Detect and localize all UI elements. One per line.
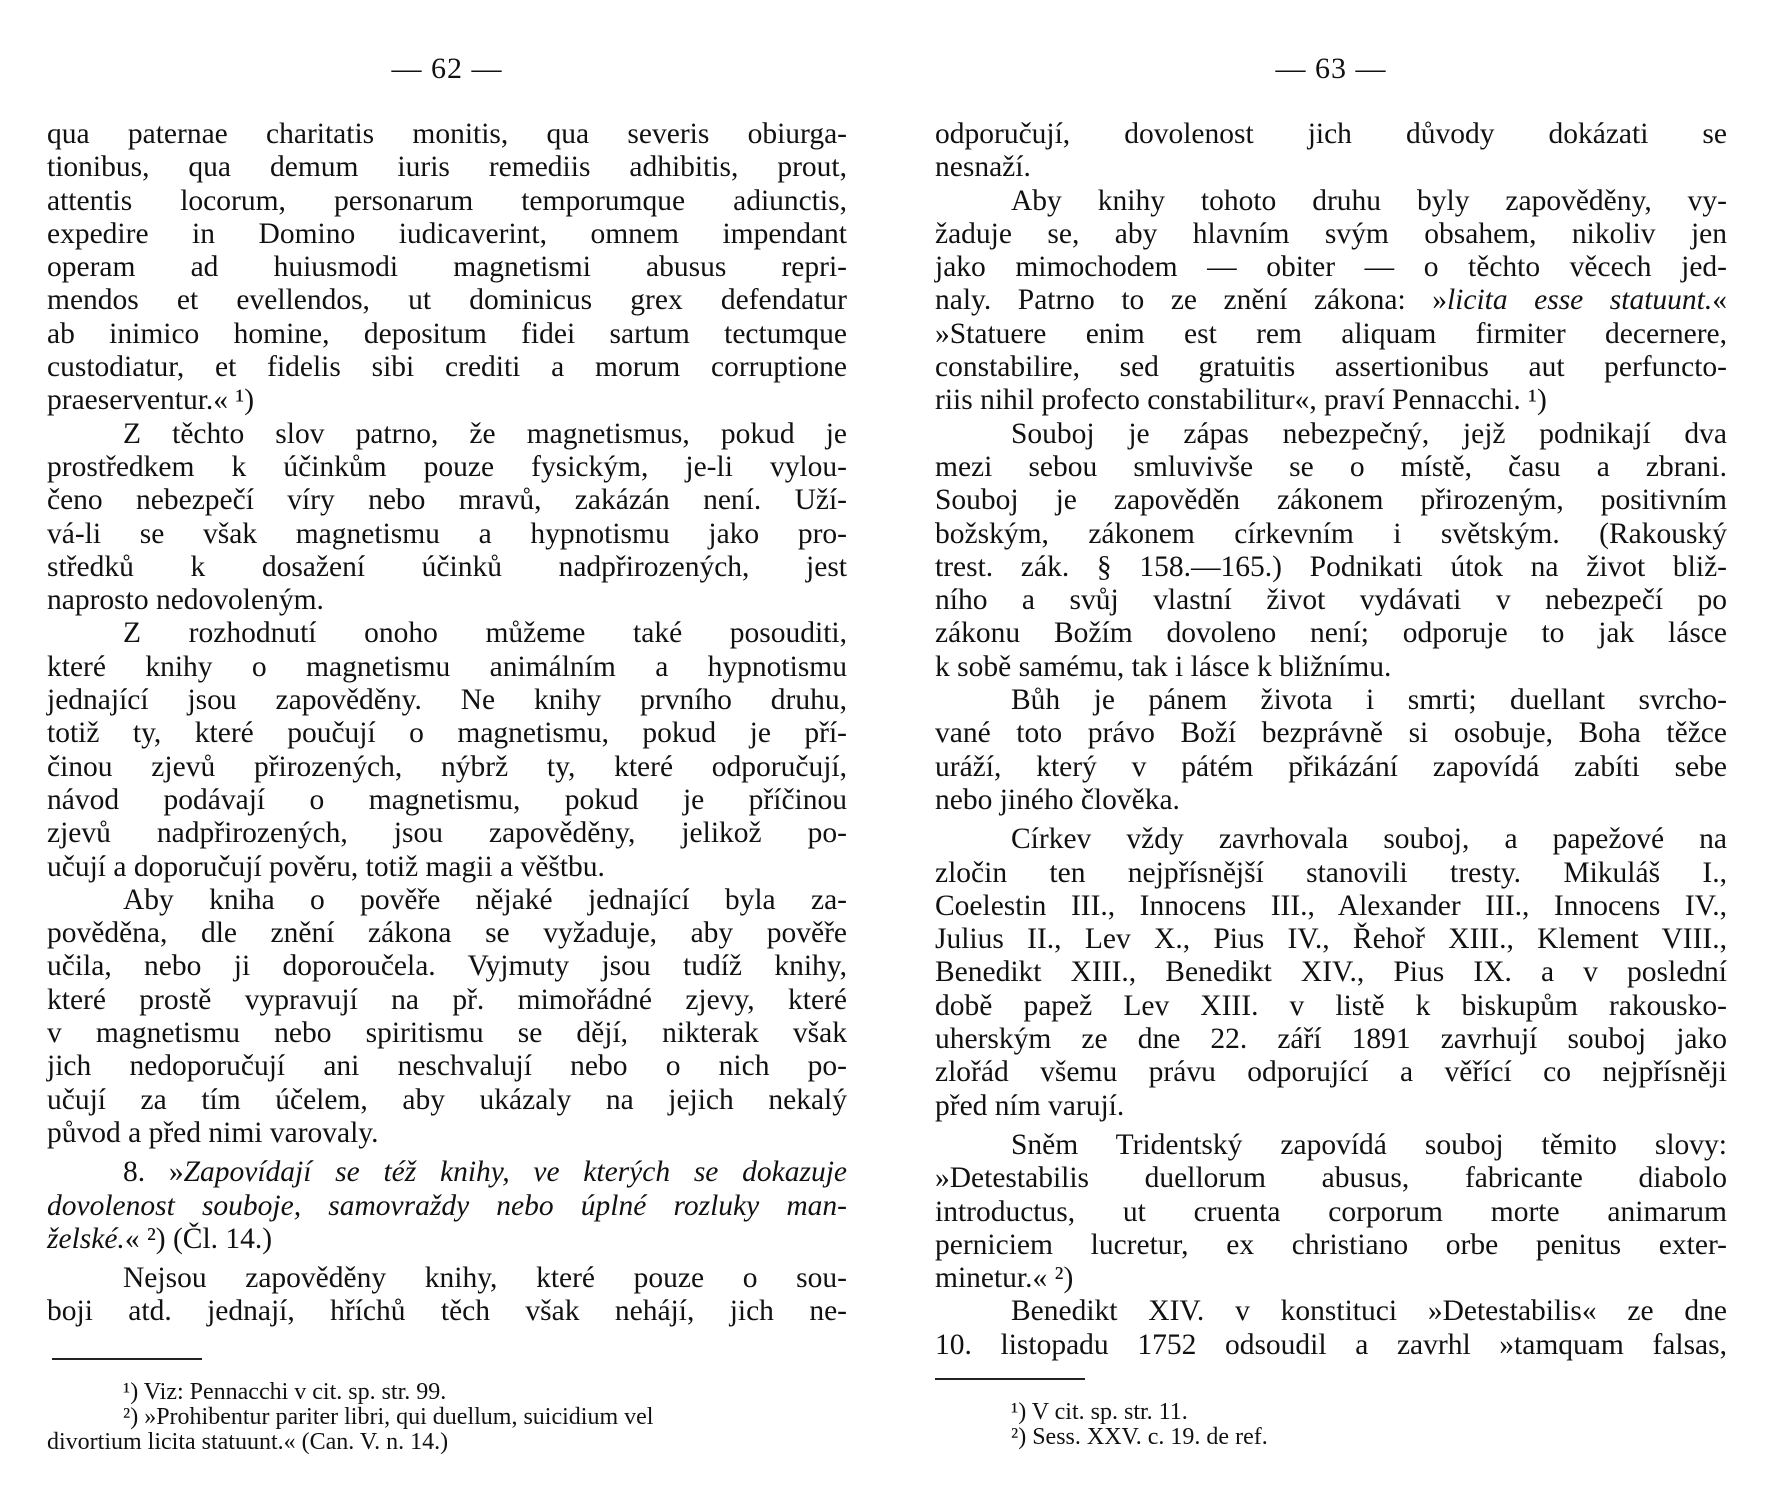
- text-line: zjevů nadpřirozených, jsou zapověděny, j…: [47, 817, 847, 850]
- text-line: původ a před nimi varovaly.: [47, 1117, 847, 1150]
- text-line: qua paternae charitatis monitis, qua sev…: [47, 118, 847, 151]
- text-line: v magnetismu nebo spiritismu se dějí, ni…: [47, 1017, 847, 1050]
- text-span: naly. Patrno to ze znění zákona: »: [935, 284, 1447, 316]
- text-line: vá-li se však magnetismu a hypnotismu ja…: [47, 518, 847, 551]
- section-8: 8. »Zapovídají se též knihy, ve kterých …: [47, 1156, 847, 1256]
- text-line: mendos et evellendos, ut dominicus grex …: [47, 284, 847, 317]
- footnote-line: ¹) V cit. sp. str. 11.: [935, 1400, 1727, 1425]
- text-span: « ²) (Čl. 14.): [125, 1223, 272, 1255]
- paragraph-lines: »Statuere enim est rem aliquam firmiter …: [935, 318, 1727, 1362]
- text-line: čeno nebezpečí víry nebo mravů, zakázán …: [47, 484, 847, 517]
- footnote-line: ²) Sess. XXV. c. 19. de ref.: [935, 1425, 1727, 1450]
- italic-quote: dovolenost souboje, samovraždy nebo úpln…: [47, 1190, 847, 1222]
- footnote-line: divortium licita statuunt.« (Can. V. n. …: [47, 1430, 847, 1455]
- page-body: odporučují, dovolenost jich důvody dokáz…: [935, 118, 1727, 1362]
- text-line: Z těchto slov patrno, že magnetismus, po…: [47, 418, 847, 451]
- text-line: Z rozhodnutí onoho můžeme také posouditi…: [47, 617, 847, 650]
- italic-quote: Zapovídají se též knihy, ve kterých se d…: [184, 1156, 847, 1188]
- text-line: Církev vždy zavrhovala souboj, a papežov…: [935, 823, 1727, 856]
- text-line: operam ad huiusmodi magnetismi abusus re…: [47, 251, 847, 284]
- text-line: attentis locorum, personarum temporumque…: [47, 185, 847, 218]
- text-line: k sobě samému, tak i lásce k bližnímu.: [935, 651, 1727, 684]
- text-line: odporučují, dovolenost jich důvody dokáz…: [935, 118, 1727, 151]
- text-line: návod podávají o magnetismu, pokud je př…: [47, 784, 847, 817]
- italic-quote: licita esse statuunt.: [1447, 284, 1712, 316]
- footnote-divider: [935, 1378, 1085, 1380]
- text-line: Coelestin III., Innocens III., Alexander…: [935, 890, 1727, 923]
- text-line: naly. Patrno to ze znění zákona: »licita…: [935, 284, 1727, 317]
- left-page: — 62 — qua paternae charitatis monitis, …: [47, 0, 847, 1500]
- text-line: vané toto právo Boží bezprávně si osobuj…: [935, 717, 1727, 750]
- text-line: uherským ze dne 22. září 1891 zavrhují s…: [935, 1023, 1727, 1056]
- text-line: Bůh je pánem života i smrti; duellant sv…: [935, 684, 1727, 717]
- text-line: prostředkem k účinkům pouze fysickým, je…: [47, 451, 847, 484]
- text-line: Nejsou zapověděny knihy, které pouze o s…: [47, 1262, 847, 1295]
- text-line: custodiatur, et fidelis sibi crediti a m…: [47, 351, 847, 384]
- text-line: učují a doporučují pověru, totiž magii a…: [47, 851, 847, 884]
- text-line: jako mimochodem — obiter — o těchto věce…: [935, 251, 1727, 284]
- footnote-line: ²) »Prohibentur pariter libri, qui duell…: [47, 1405, 847, 1430]
- text-line: boji atd. jednají, hříchů těch však nehá…: [47, 1295, 847, 1328]
- text-line: činou zjevů přirozených, nýbrž ty, které…: [47, 751, 847, 784]
- text-line: introductus, ut cruenta corporum morte a…: [935, 1196, 1727, 1229]
- text-line: Aby knihy tohoto druhu byly zapověděny, …: [935, 185, 1727, 218]
- text-line: Julius II., Lev X., Pius IV., Řehoř XIII…: [935, 923, 1727, 956]
- text-line: božským, zákonem církevním i světským. (…: [935, 518, 1727, 551]
- text-line: totiž ty, které poučují o magnetismu, po…: [47, 717, 847, 750]
- footnotes: ¹) V cit. sp. str. 11.²) Sess. XXV. c. 1…: [935, 1400, 1727, 1450]
- text-line: pověděna, dle znění zákona se vyžaduje, …: [47, 917, 847, 950]
- text-line: želské.« ²) (Čl. 14.): [47, 1223, 847, 1256]
- text-line: Souboj je zapověděn zákonem přirozeným, …: [935, 484, 1727, 517]
- text-line: riis nihil profecto constabilitur«, prav…: [935, 384, 1727, 417]
- text-line: expedire in Domino iudicaverint, omnem i…: [47, 218, 847, 251]
- text-line: naprosto nedovoleným.: [47, 584, 847, 617]
- text-line: dovolenost souboje, samovraždy nebo úpln…: [47, 1190, 847, 1223]
- text-line: 10. listopadu 1752 odsoudil a zavrhl »ta…: [935, 1329, 1727, 1362]
- text-line: zlořád všemu právu odporující a věřící c…: [935, 1056, 1727, 1089]
- text-line: středků k dosažení účinků nadpřirozených…: [47, 551, 847, 584]
- text-span: «: [1712, 284, 1727, 316]
- text-line: nesnaží.: [935, 151, 1727, 184]
- paragraph-lines: Nejsou zapověděny knihy, které pouze o s…: [47, 1262, 847, 1329]
- text-line: constabilire, sed gratuitis assertionibu…: [935, 351, 1727, 384]
- text-line: nebo jiného člověka.: [935, 784, 1727, 817]
- text-line: žaduje se, aby hlavním svým obsahem, nik…: [935, 218, 1727, 251]
- text-line: uráží, který v pátém přikázání zapovídá …: [935, 751, 1727, 784]
- text-line: Benedikt XIII., Benedikt XIV., Pius IX. …: [935, 956, 1727, 989]
- page-number: — 62 —: [47, 52, 847, 86]
- footnotes: ¹) Viz: Pennacchi v cit. sp. str. 99.²) …: [47, 1380, 847, 1455]
- footnote-line: ¹) Viz: Pennacchi v cit. sp. str. 99.: [47, 1380, 847, 1405]
- text-line: tionibus, qua demum iuris remediis adhib…: [47, 151, 847, 184]
- text-line: perniciem lucretur, ex christiano orbe p…: [935, 1229, 1727, 1262]
- page-body: qua paternae charitatis monitis, qua sev…: [47, 118, 847, 1329]
- right-page: — 63 — odporučují, dovolenost jich důvod…: [935, 0, 1727, 1500]
- text-line: praeserventur.« ¹): [47, 384, 847, 417]
- text-line: minetur.« ²): [935, 1262, 1727, 1295]
- paragraph-lines: odporučují, dovolenost jich důvody dokáz…: [935, 118, 1727, 284]
- text-line: Aby kniha o pověře nějaké jednající byla…: [47, 884, 847, 917]
- text-line: mezi sebou smluvivše se o místě, času a …: [935, 451, 1727, 484]
- text-line: trest. zák. § 158.—165.) Podnikati útok …: [935, 551, 1727, 584]
- text-line: které knihy o magnetismu animálním a hyp…: [47, 651, 847, 684]
- text-line: ního a svůj vlastní život vydávati v neb…: [935, 584, 1727, 617]
- text-line: jich nedoporučují ani neschvalují nebo o…: [47, 1050, 847, 1083]
- footnote-divider: [52, 1358, 202, 1360]
- paragraph-lines: qua paternae charitatis monitis, qua sev…: [47, 118, 847, 1150]
- text-line: »Statuere enim est rem aliquam firmiter …: [935, 318, 1727, 351]
- text-line: které prostě vypravují na př. mimořádné …: [47, 984, 847, 1017]
- text-line: zločin ten nejpřísnější stanovili tresty…: [935, 857, 1727, 890]
- text-line: »Detestabilis duellorum abusus, fabrican…: [935, 1162, 1727, 1195]
- text-line: zákonu Božím dovoleno není; odporuje to …: [935, 617, 1727, 650]
- text-span: 8. »: [123, 1156, 184, 1188]
- text-line: před ním varují.: [935, 1090, 1727, 1123]
- page-number: — 63 —: [935, 52, 1727, 86]
- italic-quote: želské.: [47, 1223, 125, 1255]
- text-line: učila, nebo ji doporoučela. Vyjmuty jsou…: [47, 950, 847, 983]
- text-line: ab inimico homine, depositum fidei sartu…: [47, 318, 847, 351]
- text-line: Sněm Tridentský zapovídá souboj těmito s…: [935, 1129, 1727, 1162]
- text-line: Souboj je zápas nebezpečný, jejž podnika…: [935, 418, 1727, 451]
- text-line: 8. »Zapovídají se též knihy, ve kterých …: [47, 1156, 847, 1189]
- text-line: Benedikt XIV. v konstituci »Detestabilis…: [935, 1295, 1727, 1328]
- text-line: jednající jsou zapověděny. Ne knihy prvn…: [47, 684, 847, 717]
- text-line: učují za tím účelem, aby ukázaly na jeji…: [47, 1084, 847, 1117]
- text-line: době papež Lev XIII. v listě k biskupům …: [935, 990, 1727, 1023]
